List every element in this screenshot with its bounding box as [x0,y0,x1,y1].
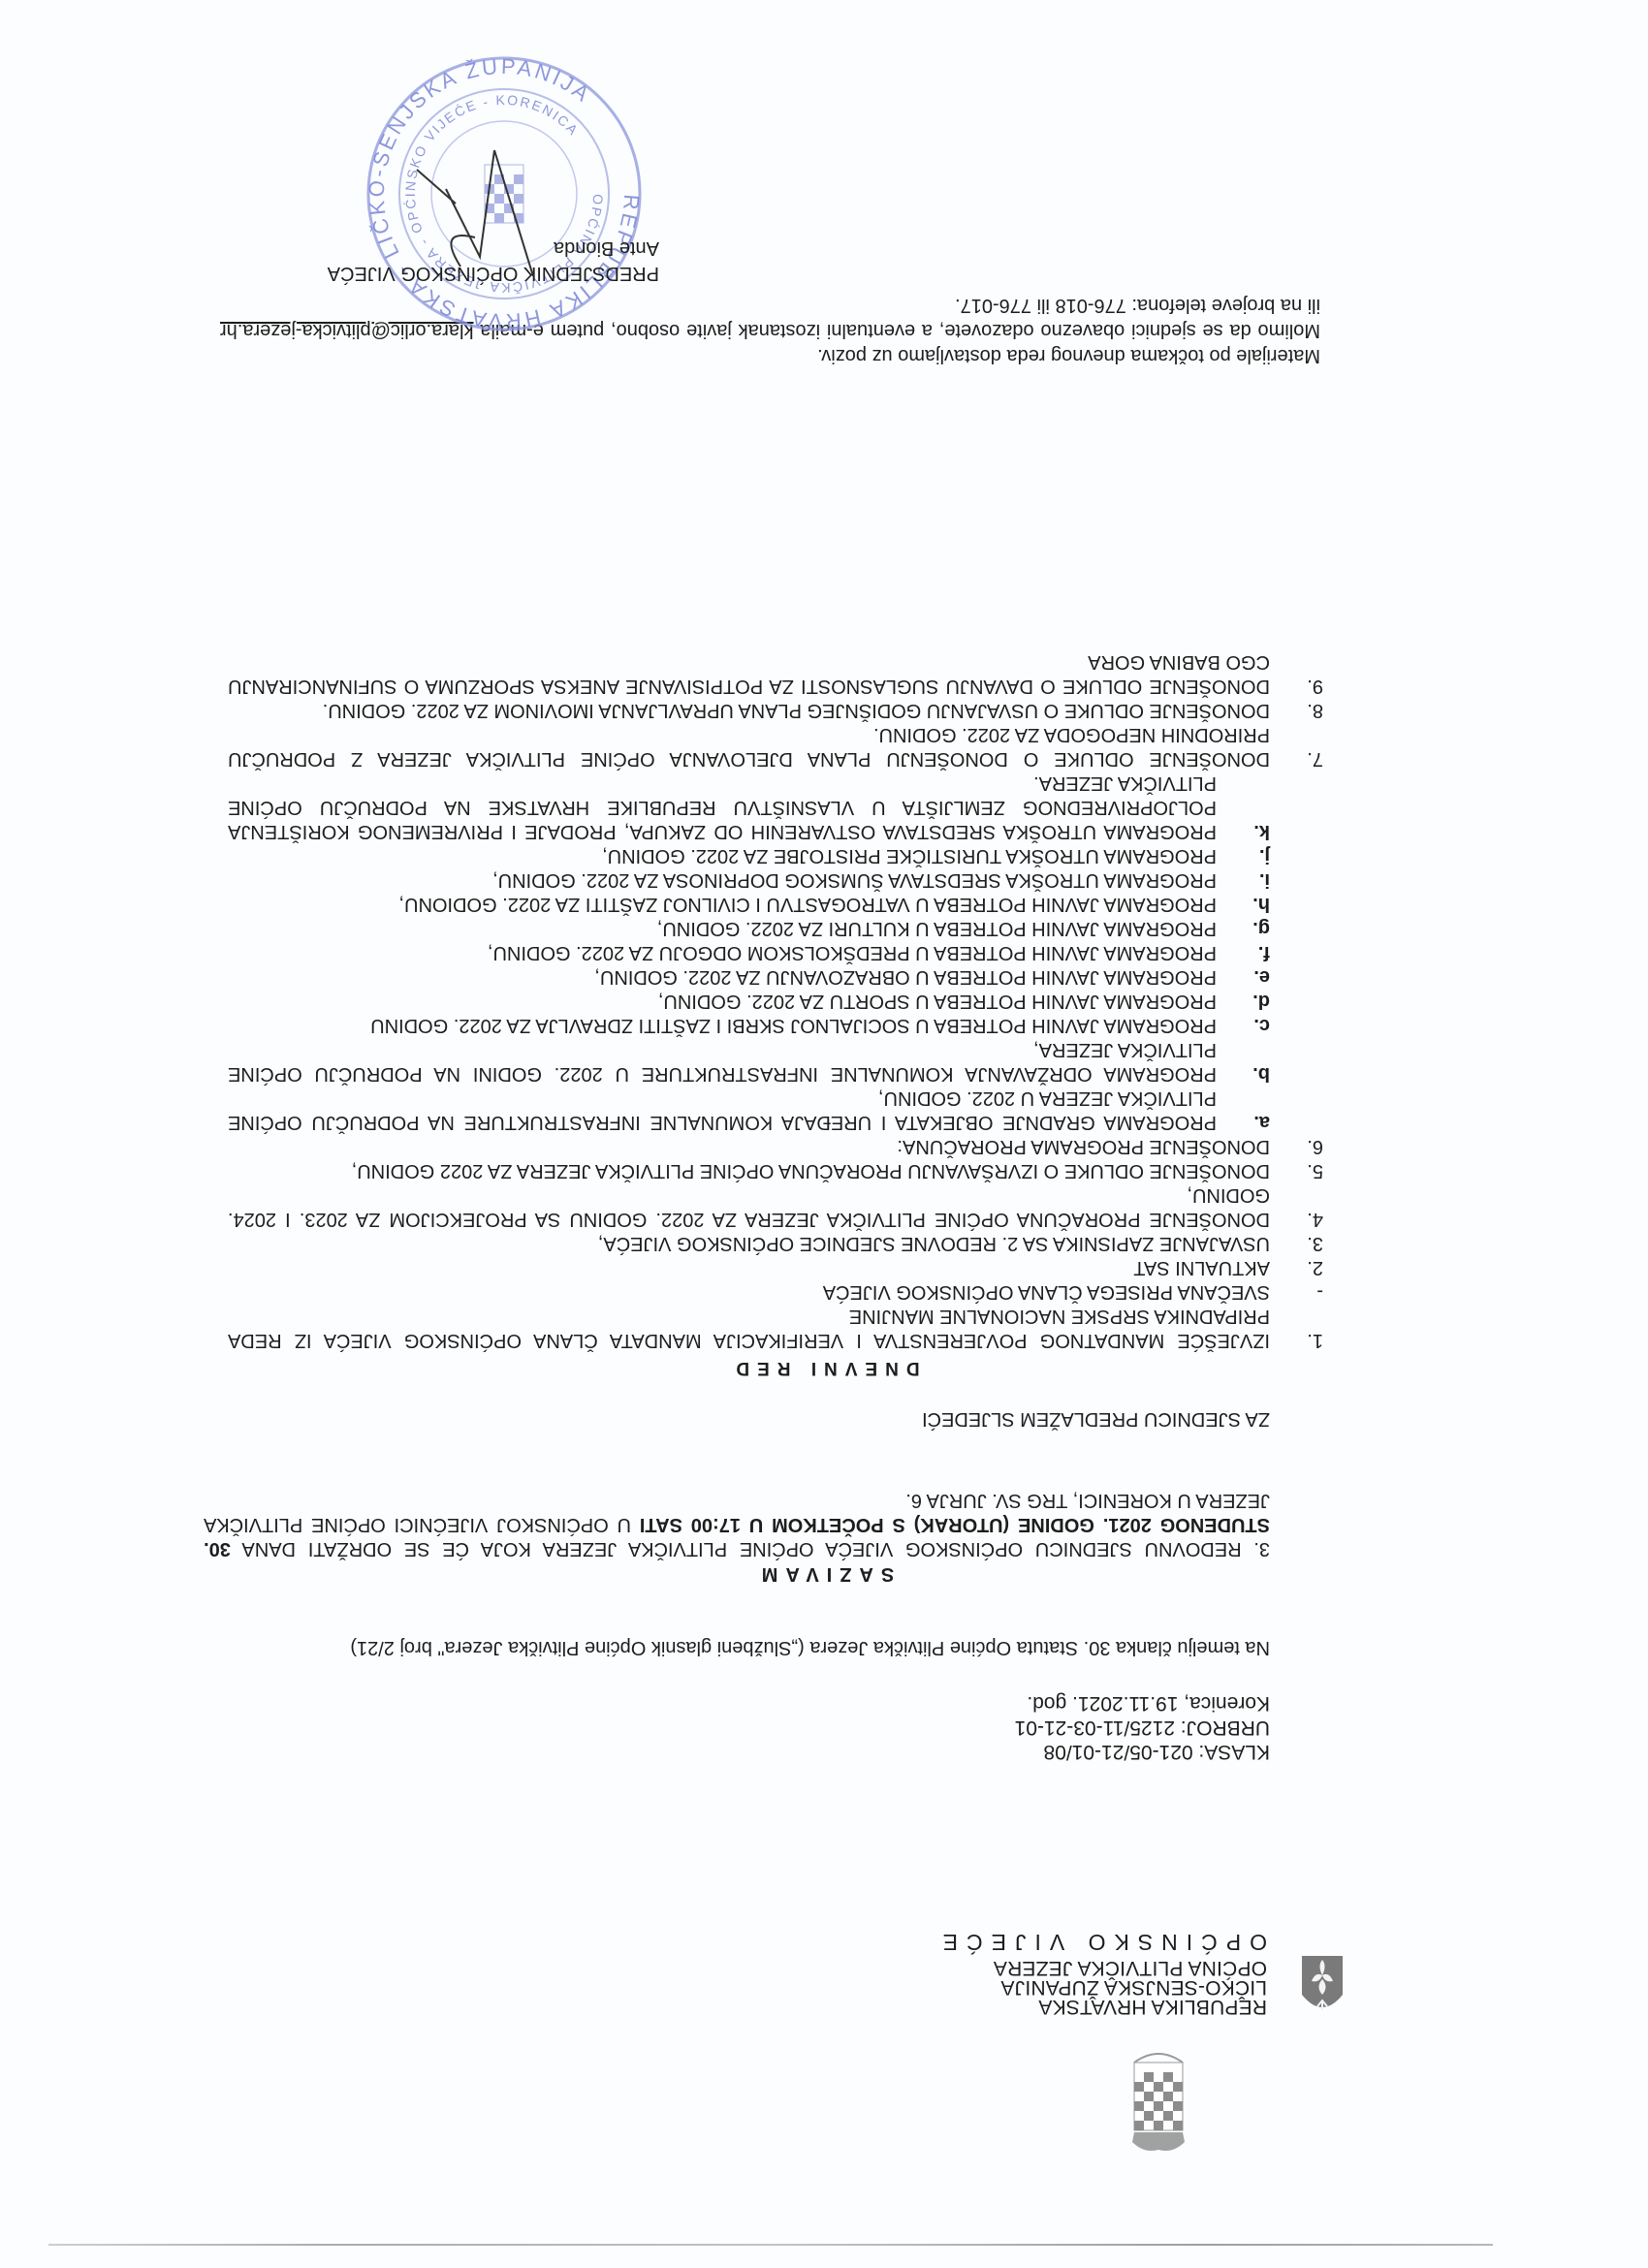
croatian-coat-of-arms-icon [1125,2045,1192,2161]
agenda-subitem-item: k.PROGRAMA UTROŠKA SREDSTAVA OSTVARENIH … [228,771,1270,843]
agenda-item-text: DONOŠENJE ODLUKE O IZVRŠAVANJU PRORAČUNA… [228,1158,1270,1182]
agenda-subitem-item: c.PROGRAMA JAVNIH POTREBA U SOCIJALNOJ S… [228,1013,1270,1037]
agenda-subitem-item-number: j. [1259,843,1270,867]
agenda-subitem-item-text: PROGRAMA UTROŠKA SREDSTAVA OSTVARENIH OD… [228,771,1217,843]
agenda-item-number: 9. [1307,674,1323,698]
agenda-item-text: USVAJANJE ZAPISNIKA SA 2. REDOVNE SJEDNI… [228,1231,1270,1255]
agenda-item-number: - [1316,1279,1323,1304]
session-invitation: 3. REDOVNU SJEDNICU OPĆINSKOG VIJEĆA OPĆ… [204,1488,1270,1560]
municipality-line: OPĆINA PLITVIČKA JEZERA [831,1958,1267,1977]
agenda-list: 1.IZVJEŠĆE MANDATNOG POVJERENSTVA I VERI… [228,649,1323,1352]
agenda-subitem-item-text: PROGRAMA JAVNIH POTREBA U KULTURI ZA 202… [228,916,1217,940]
agenda-subitem-item: j.PROGRAMA UTROŠKA TURISTIČKE PRISTOJBE … [228,843,1270,867]
agenda-item: 7.DONOŠENJE ODLUKE O DONOŠENJU PLANA DJE… [228,722,1323,771]
agenda-item-text: DONOŠENJE ODLUKE O DAVANJU SUGLASNOSTI Z… [228,649,1270,698]
handwritten-signature-icon [407,141,553,296]
agenda-item-text: DONOŠENJE PROGRAMA PRORAČUNA: [228,1134,1270,1158]
agenda-item-number: 3. [1307,1231,1323,1255]
agenda-subitem-item-number: g. [1252,916,1270,940]
agenda-item: 3.USVAJANJE ZAPISNIKA SA 2. REDOVNE SJED… [228,1231,1323,1255]
agenda-item-number: 2. [1307,1255,1323,1279]
agenda-subitem-item-text: PROGRAMA JAVNIH POTREBA U VATROGASTVU I … [228,892,1217,916]
agenda-subitem-item-text: PROGRAMA UTROŠKA TURISTIČKE PRISTOJBE ZA… [228,843,1217,867]
invite-text-1: 3. REDOVNU SJEDNICU OPĆINSKOG VIJEĆA OPĆ… [231,1538,1270,1559]
agenda-item-number: 4. [1307,1207,1323,1231]
agenda-item-text: DONOŠENJE ODLUKE O DONOŠENJU PLANA DJELO… [228,722,1270,771]
agenda-subitem-item: g.PROGRAMA JAVNIH POTREBA U KULTURI ZA 2… [228,916,1270,940]
agenda-subitem-item: f.PROGRAMA JAVNIH POTREBA U PREDŠKOLSKOM… [228,940,1270,964]
agenda-subitem-item: i.PROGRAMA UTROŠKA SREDSTAVA ŠUMSKOG DOP… [228,867,1270,892]
agenda-item-text: DONOŠENJE PRORAČUNA OPĆINE PLITVIČKA JEZ… [228,1182,1270,1231]
agenda-subitem-item-number: f. [1258,940,1270,964]
agenda-item-number: 6. [1307,1134,1323,1158]
agenda-subitem-item-number: h. [1252,892,1270,916]
agenda-subitem-item-number: d. [1252,989,1270,1013]
agenda-subitem-item-text: PROGRAMA GRADNJE OBJEKATA I UREĐAJA KOMU… [228,1086,1217,1134]
council-line: OPĆINSKO VIJEĆE [831,1933,1267,1952]
agenda-item: 4.DONOŠENJE PRORAČUNA OPĆINE PLITVIČKA J… [228,1182,1323,1231]
agenda-item-number: 8. [1307,698,1323,722]
agenda-item-text: SVEČANA PRISEGA ČLANA OPĆINSKOG VIJEĆA [228,1279,1270,1304]
county-line: LIČKO-SENJSKA ŽUPANIJA [831,1977,1267,1997]
scan-edge-line [48,2244,1493,2246]
agenda-subitem-item-text: PROGRAMA JAVNIH POTREBA U SOCIJALNOJ SKR… [228,1013,1217,1037]
agenda-item: -SVEČANA PRISEGA ČLANA OPĆINSKOG VIJEĆA [228,1279,1323,1304]
agenda-item-number: 7. [1307,746,1323,771]
agenda-subitem-item-number: c. [1253,1013,1270,1037]
agenda-item-text: IZVJEŠĆE MANDATNOG POVJERENSTVA I VERIFI… [228,1304,1270,1352]
materials-note: Materijale po točkama dnevnog reda dosta… [220,343,1320,368]
agenda-subitem-item: e.PROGRAMA JAVNIH POTREBA U OBRAZOVANJU … [228,964,1270,989]
agenda-subitem-item: h.PROGRAMA JAVNIH POTREBA U VATROGASTVU … [228,892,1270,916]
agenda-subitem-item-number: i. [1259,867,1270,892]
country-line: REPUBLIKA HRVATSKA [831,1997,1267,2016]
agenda-subitem-item: a.PROGRAMA GRADNJE OBJEKATA I UREĐAJA KO… [228,1086,1270,1134]
agenda-item-text: DONOŠENJE ODLUKE O USVAJANJU GODIŠNJEG P… [228,698,1270,722]
agenda-subitem-item-number: b. [1252,1061,1270,1086]
agenda-item-number: 5. [1307,1158,1323,1182]
agenda-item: 6.DONOŠENJE PROGRAMA PRORAČUNA: [228,1134,1323,1158]
agenda-item: 9.DONOŠENJE ODLUKE O DAVANJU SUGLASNOSTI… [228,649,1323,698]
legal-basis: Na temelju članka 30. Statuta Općine Pli… [213,1634,1270,1660]
agenda-item-number: 1. [1307,1328,1323,1352]
place-date: Korenica, 19.11.2021. god. [1015,1691,1270,1716]
agenda-item: 1.IZVJEŠĆE MANDATNOG POVJERENSTVA I VERI… [228,1304,1323,1352]
agenda-subitem-item-text: PROGRAMA UTROŠKA SREDSTAVA ŠUMSKOG DOPRI… [228,867,1217,892]
document-metadata: KLASA: 021-05/21-01/08 URBROJ: 2125/11-0… [1015,1691,1270,1764]
agenda-subitem-item-text: PROGRAMA JAVNIH POTREBA U SPORTU ZA 2022… [228,989,1217,1013]
agenda-subitem-item-number: k. [1253,819,1270,843]
document-title: SAZIVAM [0,1562,1648,1585]
agenda-item: 5.DONOŠENJE ODLUKE O IZVRŠAVANJU PRORAČU… [228,1158,1323,1182]
scanned-document-page: REPUBLIKA HRVATSKA LIČKO-SENJSKA ŽUPANIJ… [0,0,1648,2268]
agenda-subitem-item-number: a. [1253,1110,1270,1134]
agenda-item: 2.AKTUALNI SAT [228,1255,1323,1279]
agenda-subitem-item-text: PROGRAMA JAVNIH POTREBA U PREDŠKOLSKOM O… [228,940,1217,964]
agenda-title: DNEVNI RED [0,1357,1648,1378]
contact-phones: ili na brojeve telefona: 776-018 ili 776… [955,295,1320,316]
agenda-intro: ZA SJEDNICU PREDLAŽEM SLJEDEĆI [922,1407,1270,1430]
agenda-item-text: AKTUALNI SAT [228,1255,1270,1279]
agenda-subitem-item-number: e. [1253,964,1270,989]
agenda-subitem-item: b.PROGRAMA ODRŽAVANJA KOMUNALNE INFRASTR… [228,1037,1270,1086]
agenda-subitem-item: d.PROGRAMA JAVNIH POTREBA U SPORTU ZA 20… [228,989,1270,1013]
agenda-subitem-item-text: PROGRAMA ODRŽAVANJA KOMUNALNE INFRASTRUK… [228,1037,1217,1086]
agenda-item: 8.DONOŠENJE ODLUKE O USVAJANJU GODIŠNJEG… [228,698,1323,722]
agenda-subitem-item-text: PROGRAMA JAVNIH POTREBA U OBRAZOVANJU ZA… [228,964,1217,989]
municipality-crest-icon [1300,1956,1345,2016]
urbroj: URBROJ: 2125/11-03-21-01 [1015,1716,1270,1740]
klasa: KLASA: 021-05/21-01/08 [1015,1740,1270,1764]
